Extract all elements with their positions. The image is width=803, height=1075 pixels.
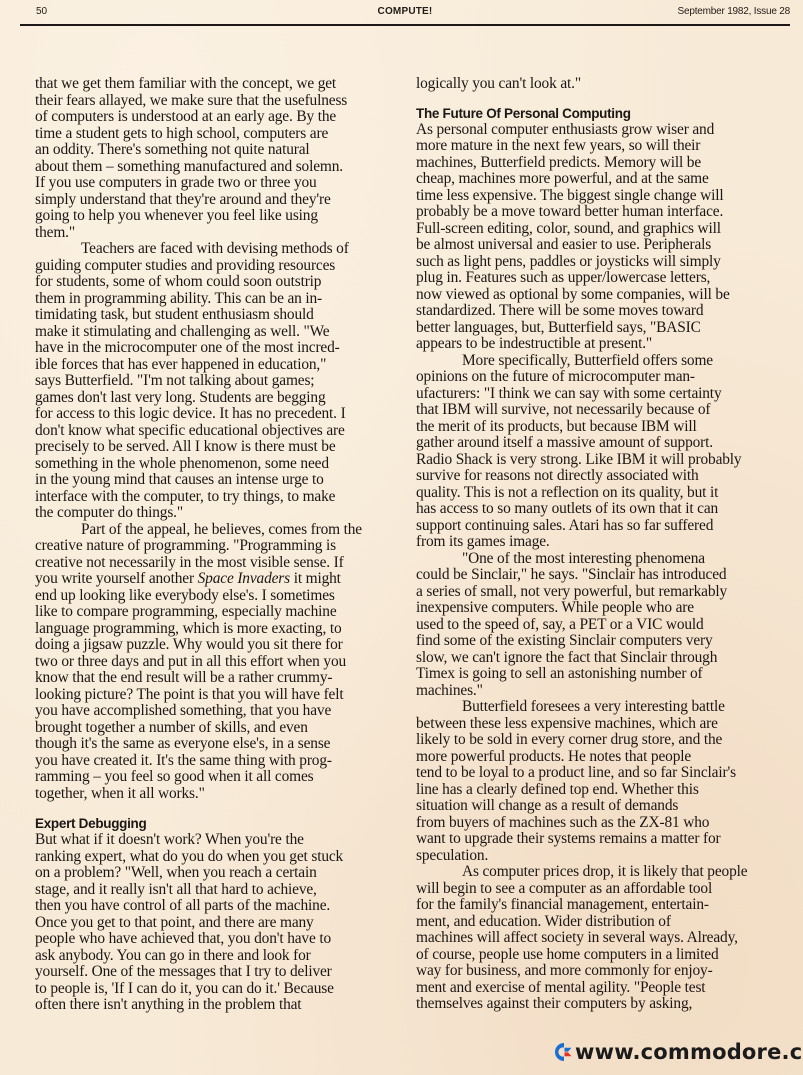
text-line: Once you get to that point, and there ar… (35, 915, 407, 932)
text-line: then you have control of all parts of th… (35, 898, 407, 915)
text-line: their fears allayed, we make sure that t… (35, 93, 407, 110)
text-line: such as light pens, paddles or joysticks… (416, 254, 796, 271)
text-line: games don't last very long. Students are… (35, 390, 407, 407)
paragraph: "One of the most interesting phenomenaco… (416, 551, 796, 700)
text-line: Timex is going to sell an astonishing nu… (416, 666, 796, 683)
text-line: machines will affect society in several … (416, 930, 796, 947)
header-rule (20, 24, 790, 26)
text-line: ramming – you feel so good when it all c… (35, 769, 407, 786)
text-line: standardized. There will be some moves t… (416, 303, 796, 320)
text-line: "One of the most interesting phenomena (416, 551, 796, 568)
text-line: As computer prices drop, it is likely th… (416, 864, 796, 881)
text-line: for the family's financial management, e… (416, 897, 796, 914)
paragraph: But what if it doesn't work? When you're… (35, 832, 407, 1014)
text-line: people who have achieved that, you don't… (35, 931, 407, 948)
text-line: like to compare programming, especially … (35, 604, 407, 621)
text-line: though it's the same as everyone else's,… (35, 736, 407, 753)
text-line: brought together a number of skills, and… (35, 720, 407, 737)
text-line: ment, and education. Wider distribution … (416, 914, 796, 931)
text-line: Butterfield foresees a very interesting … (416, 699, 796, 716)
text-line: ment and exercise of mental agility. "Pe… (416, 980, 796, 997)
text-line: have in the microcomputer one of the mos… (35, 340, 407, 357)
watermark-text: www.commodore.ca (575, 1040, 803, 1064)
text-line: simply understand that they're around an… (35, 192, 407, 209)
text-line: for access to this logic device. It has … (35, 406, 407, 423)
text-line: them." (35, 225, 407, 242)
text-line: Part of the appeal, he believes, comes f… (35, 522, 407, 539)
text-line: stage, and it really isn't all that hard… (35, 882, 407, 899)
text-line: something in the whole phenomenon, some … (35, 456, 407, 473)
page-header: 50 COMPUTE! September 1982, Issue 28 (20, 0, 790, 24)
text-line: know that the end result will be a rathe… (35, 670, 407, 687)
text-line: of computers is understood at an early a… (35, 109, 407, 126)
text-line: More specifically, Butterfield offers so… (416, 353, 796, 370)
text-line: creative not necessarily in the most vis… (35, 555, 407, 572)
text-line: doing a jigsaw puzzle. Why would you sit… (35, 637, 407, 654)
text-line: machines." (416, 683, 796, 700)
text-line: from its games image. (416, 534, 796, 551)
magazine-name: COMPUTE! (20, 6, 790, 17)
text-line: often there isn't anything in the proble… (35, 997, 407, 1014)
text-line: time a student gets to high school, comp… (35, 126, 407, 143)
section-heading-future: The Future Of Personal Computing (416, 105, 796, 122)
text-line: Radio Shack is very strong. Like IBM it … (416, 452, 796, 469)
text-line: quality. This is not a reflection on its… (416, 485, 796, 502)
text-line: But what if it doesn't work? When you're… (35, 832, 407, 849)
text-line: don't know what specific educational obj… (35, 423, 407, 440)
text-line: As personal computer enthusiasts grow wi… (416, 122, 796, 139)
text-line: an oddity. There's something not quite n… (35, 142, 407, 159)
text-line: Full-screen editing, color, sound, and g… (416, 221, 796, 238)
paragraph: As computer prices drop, it is likely th… (416, 864, 796, 1013)
text-line: probably be a move toward better human i… (416, 204, 796, 221)
text-line: If you use computers in grade two or thr… (35, 175, 407, 192)
text-line: between these less expensive machines, w… (416, 716, 796, 733)
text-span: it might (290, 570, 341, 587)
issue-date: September 1982, Issue 28 (678, 6, 791, 17)
text-line: looking picture? The point is that you w… (35, 687, 407, 704)
text-line: support continuing sales. Atari has so f… (416, 518, 796, 535)
text-line: in the young mind that causes an intense… (35, 472, 407, 489)
text-line: guiding computer studies and providing r… (35, 258, 407, 275)
text-line: of course, people use home computers in … (416, 947, 796, 964)
text-line: opinions on the future of microcomputer … (416, 369, 796, 386)
text-line: the merit of its products, but because I… (416, 419, 796, 436)
text-line: end up looking like everybody else's. I … (35, 588, 407, 605)
text-line: from buyers of machines such as the ZX-8… (416, 815, 796, 832)
left-column: that we get them familiar with the conce… (35, 76, 407, 1014)
text-line: you have created it. It's the same thing… (35, 753, 407, 770)
paragraph: Butterfield foresees a very interesting … (416, 699, 796, 864)
text-line: plug in. Features such as upper/lowercas… (416, 270, 796, 287)
text-line: that IBM will survive, not necessarily b… (416, 402, 796, 419)
text-line: about them – something manufactured and … (35, 159, 407, 176)
text-line: survive for reasons not directly associa… (416, 468, 796, 485)
text-line: interface with the computer, to try thin… (35, 489, 407, 506)
text-line: inexpensive computers. While people who … (416, 600, 796, 617)
game-title: Space Invaders (198, 570, 290, 587)
text-line: now viewed as optional by some companies… (416, 287, 796, 304)
text-line: says Butterfield. "I'm not talking about… (35, 373, 407, 390)
text-line: timidating task, but student enthusiasm … (35, 307, 407, 324)
text-span: you write yourself another (35, 570, 198, 587)
text-line: appears to be indestructible at present.… (416, 336, 796, 353)
text-line: language programming, which is more exac… (35, 621, 407, 638)
text-line: cheap, machines more powerful, and at th… (416, 171, 796, 188)
text-line: could be Sinclair," he says. "Sinclair h… (416, 567, 796, 584)
text-line: together, when it all works." (35, 786, 407, 803)
paragraph: that we get them familiar with the conce… (35, 76, 407, 241)
text-line: machines, Butterfield predicts. Memory w… (416, 155, 796, 172)
text-line: going to help you whenever you feel like… (35, 208, 407, 225)
text-line: likely to be sold in every corner drug s… (416, 732, 796, 749)
text-line: more powerful products. He notes that pe… (416, 749, 796, 766)
text-line: more mature in the next few years, so wi… (416, 138, 796, 155)
text-line: line has a clearly defined top end. Whet… (416, 782, 796, 799)
paragraph-continued: end up looking like everybody else's. I … (35, 588, 407, 803)
text-line: ask anybody. You can go in there and loo… (35, 948, 407, 965)
text-line: slow, we can't ignore the fact that Sinc… (416, 650, 796, 667)
text-line: you write yourself another Space Invader… (35, 571, 407, 588)
text-line: will begin to see a computer as an affor… (416, 881, 796, 898)
text-line: that we get them familiar with the conce… (35, 76, 407, 93)
text-line: ranking expert, what do you do when you … (35, 849, 407, 866)
paragraph: Teachers are faced with devising methods… (35, 241, 407, 522)
text-line: situation will change as a result of dem… (416, 798, 796, 815)
text-line: themselves against their computers by as… (416, 996, 796, 1013)
text-line: time less expensive. The biggest single … (416, 188, 796, 205)
text-line: logically you can't look at." (416, 76, 796, 93)
paragraph: Part of the appeal, he believes, comes f… (35, 522, 407, 803)
paragraph: More specifically, Butterfield offers so… (416, 353, 796, 551)
text-line: tend to be loyal to a product line, and … (416, 765, 796, 782)
text-line: speculation. (416, 848, 796, 865)
text-line: make it stimulating and challenging as w… (35, 324, 407, 341)
text-line: them in programming ability. This can be… (35, 291, 407, 308)
text-line: to people is, 'If I can do it, you can d… (35, 981, 407, 998)
text-line: be almost universal and easier to use. P… (416, 237, 796, 254)
paragraph: As personal computer enthusiasts grow wi… (416, 122, 796, 353)
text-line: creative nature of programming. "Program… (35, 538, 407, 555)
text-line: better languages, but, Butterfield says,… (416, 320, 796, 337)
text-line: on a problem? "Well, when you reach a ce… (35, 865, 407, 882)
text-line: the computer do things." (35, 505, 407, 522)
text-line: a series of small, not very powerful, bu… (416, 584, 796, 601)
text-line: way for business, and more commonly for … (416, 963, 796, 980)
text-line: used to the speed of, say, a PET or a VI… (416, 617, 796, 634)
right-column: logically you can't look at." The Future… (416, 76, 796, 1013)
text-line: yourself. One of the messages that I try… (35, 964, 407, 981)
text-line: two or three days and put in all this ef… (35, 654, 407, 671)
section-heading-expert-debugging: Expert Debugging (35, 815, 407, 832)
text-line: ible forces that has ever happened in ed… (35, 357, 407, 374)
text-line: find some of the existing Sinclair compu… (416, 633, 796, 650)
commodore-logo-icon (553, 1041, 573, 1063)
text-line: you have accomplished something, that yo… (35, 703, 407, 720)
watermark-link[interactable]: www.commodore.ca (553, 1037, 803, 1067)
text-line: gather around itself a massive amount of… (416, 435, 796, 452)
text-line: for students, some of whom could soon ou… (35, 274, 407, 291)
text-line: want to upgrade their systems remains a … (416, 831, 796, 848)
text-line: has access to so many outlets of its own… (416, 501, 796, 518)
text-line: ufacturers: "I think we can say with som… (416, 386, 796, 403)
text-line: precisely to be served. All I know is th… (35, 439, 407, 456)
text-line: Teachers are faced with devising methods… (35, 241, 407, 258)
